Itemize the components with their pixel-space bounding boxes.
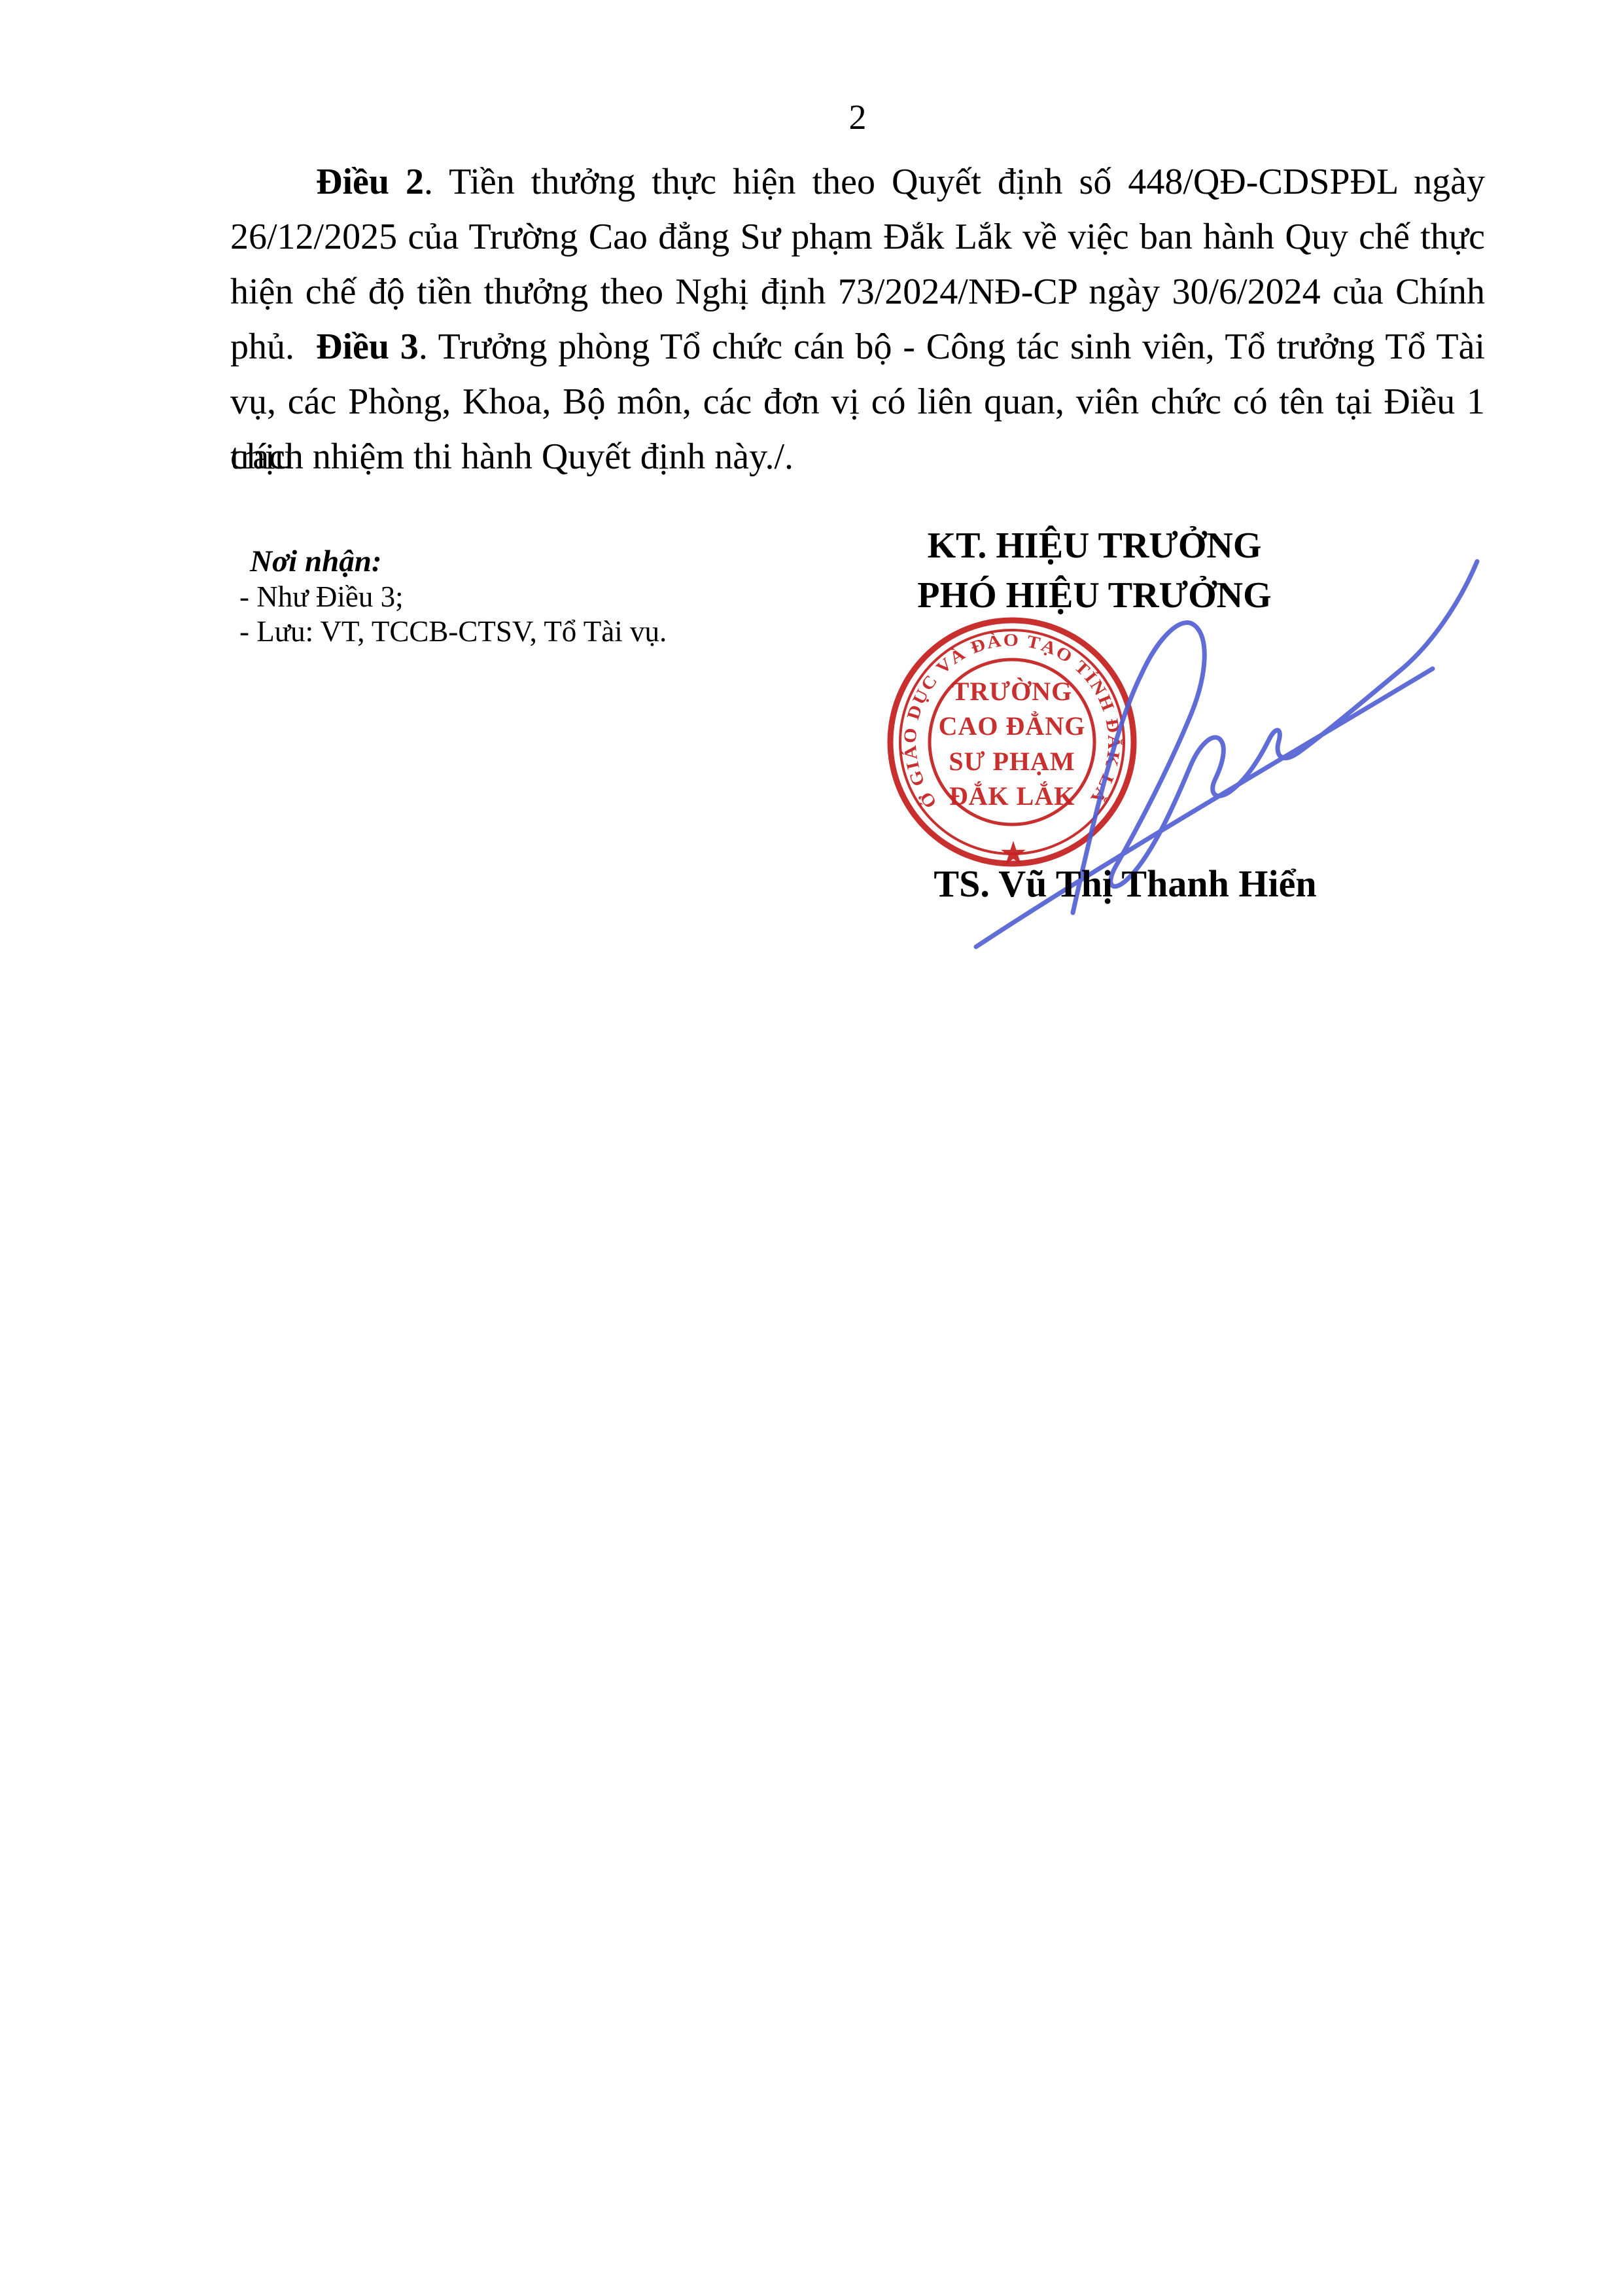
- paragraph-dieu-3-line-3: trách nhiệm thi hành Quyết định này./.: [230, 429, 1485, 484]
- recipients-item-1: - Như Điều 3;: [239, 580, 667, 614]
- paragraph-dieu-2-line-2: 26/12/2025 của Trường Cao đẳng Sư phạm Đ…: [230, 209, 1485, 264]
- signer-name: TS. Vũ Thị Thanh Hiển: [903, 862, 1348, 906]
- recipients-item-2: - Lưu: VT, TCCB-CTSV, Tổ Tài vụ.: [239, 614, 667, 649]
- signature-main-stroke: [1073, 561, 1477, 913]
- paragraph-dieu-2-line-1: Điều 2. Tiền thưởng thực hiện theo Quyết…: [230, 154, 1485, 209]
- recipients-heading: Nơi nhận:: [239, 543, 667, 580]
- document-page: 2 Điều 2. Tiền thưởng thực hiện theo Quy…: [0, 0, 1623, 2296]
- dieu-2-label: Điều 2: [316, 162, 424, 202]
- dieu-3-label: Điều 3: [316, 327, 419, 367]
- paragraph-dieu-2-line-3: hiện chế độ tiền thưởng theo Nghị định 7…: [230, 264, 1485, 319]
- recipients-block: Nơi nhận: - Như Điều 3; - Lưu: VT, TCCB-…: [239, 543, 667, 649]
- paragraph-dieu-3-line-2: vụ, các Phòng, Khoa, Bộ môn, các đơn vị …: [230, 374, 1485, 429]
- dieu-3-line1-text: . Trưởng phòng Tổ chức cán bộ - Công tác…: [419, 327, 1485, 367]
- body-text: Điều 2. Tiền thưởng thực hiện theo Quyết…: [230, 154, 1485, 484]
- paragraph-dieu-3-line-1: Điều 3. Trưởng phòng Tổ chức cán bộ - Cô…: [230, 319, 1485, 374]
- page-number: 2: [230, 97, 1485, 137]
- dieu-2-line1-text: . Tiền thưởng thực hiện theo Quyết định …: [424, 162, 1485, 202]
